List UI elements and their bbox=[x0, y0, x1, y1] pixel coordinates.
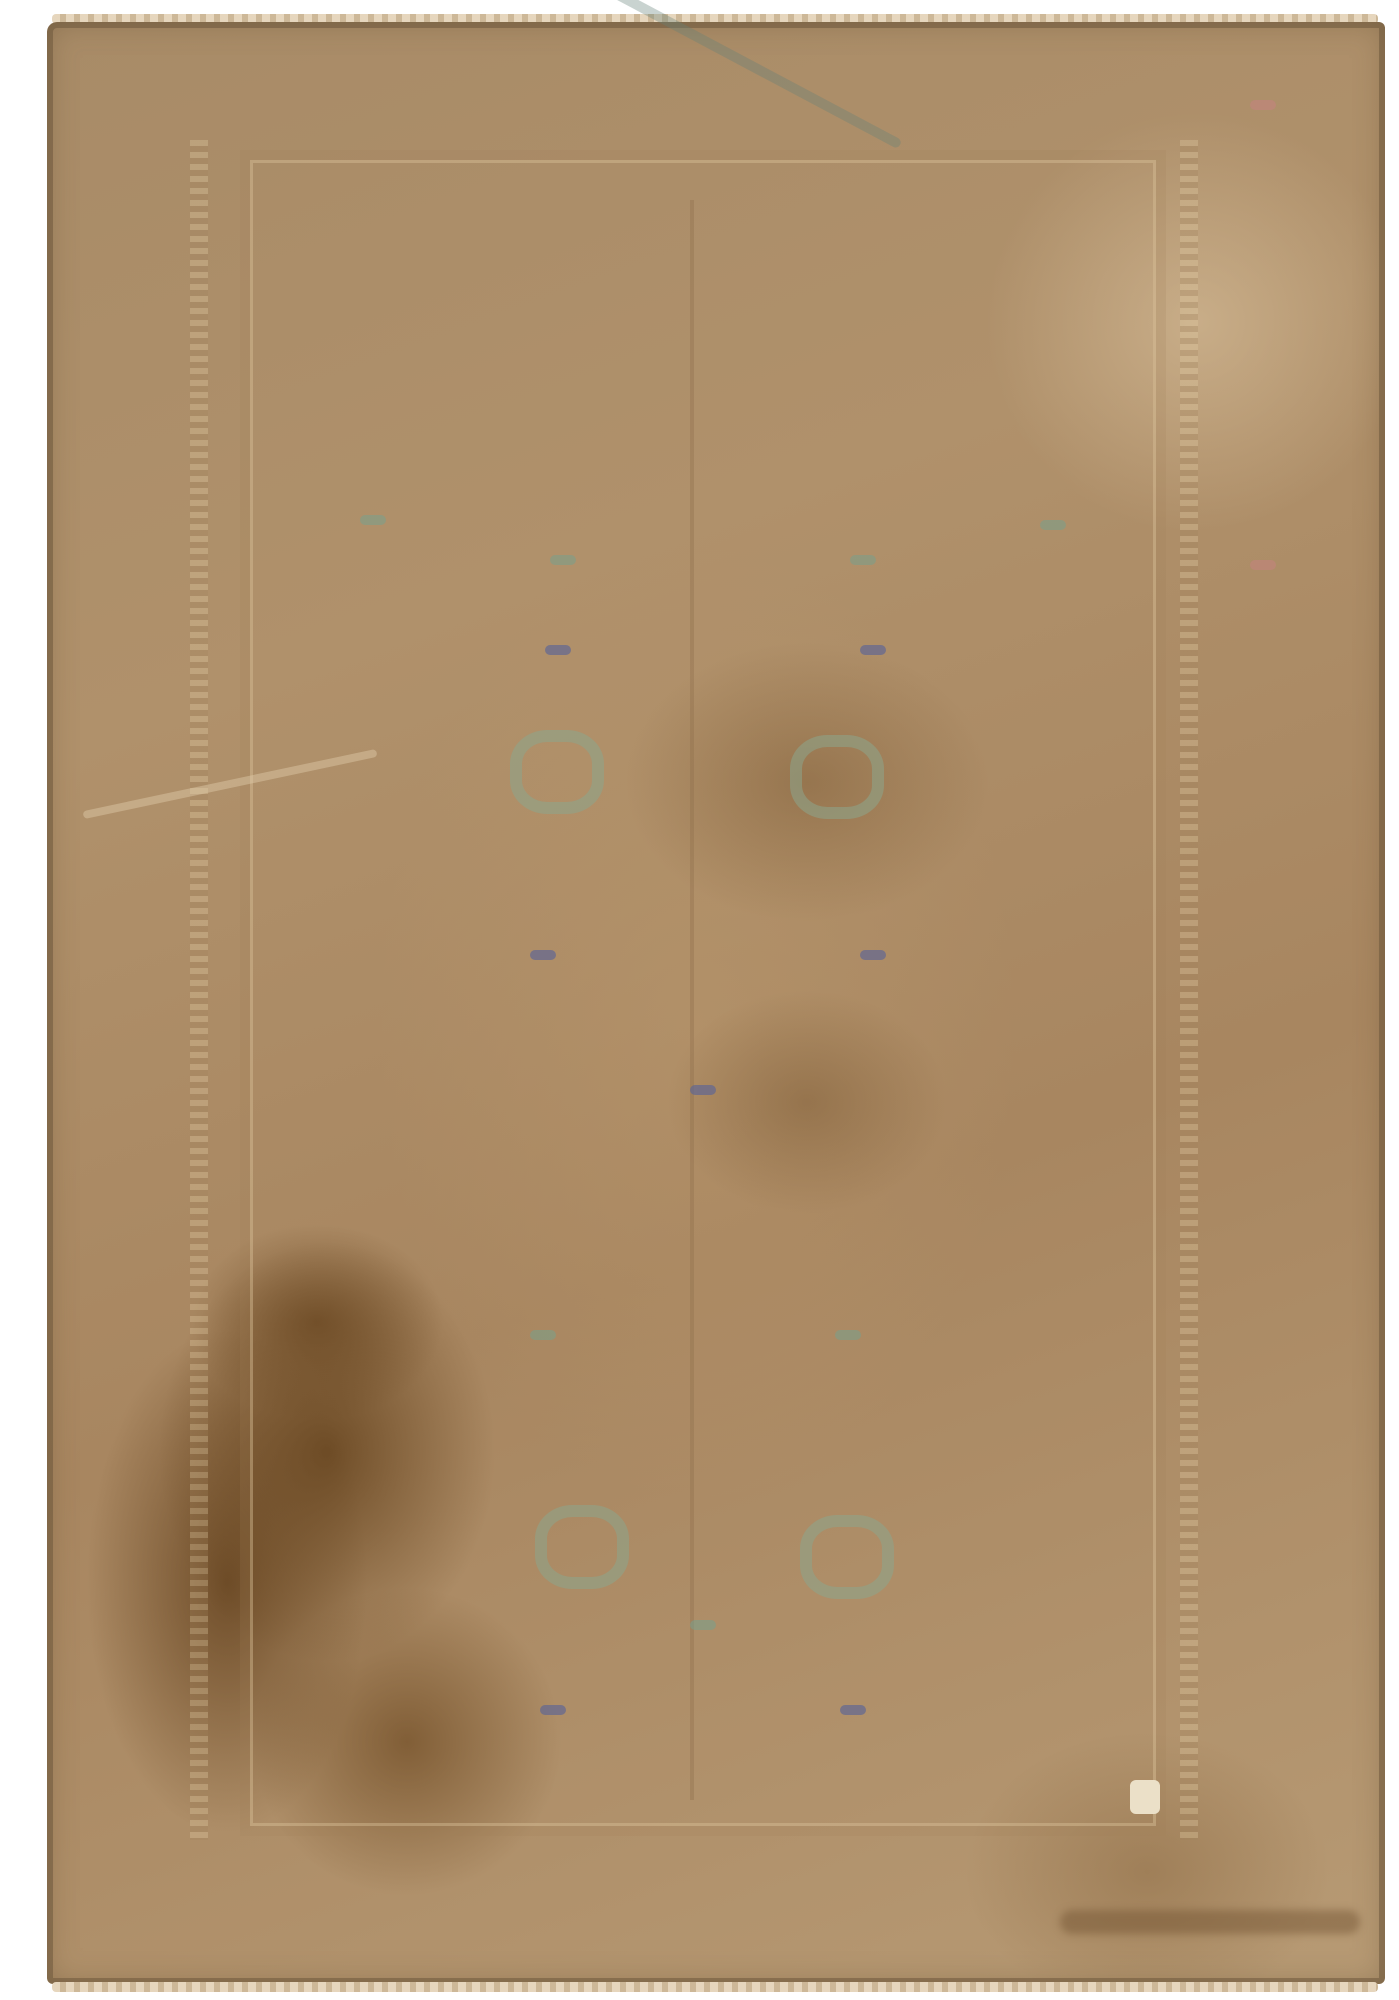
blue-accent-mark bbox=[540, 1705, 566, 1715]
left-border-stripe bbox=[190, 140, 208, 1840]
green-accent-mark bbox=[850, 555, 876, 565]
blue-accent-mark bbox=[840, 1705, 866, 1715]
green-accent-mark bbox=[550, 555, 576, 565]
blue-accent-mark bbox=[545, 645, 571, 655]
rug-fringe-bottom bbox=[52, 1982, 1378, 1992]
faded-pink-mark bbox=[1250, 100, 1276, 110]
green-accent-mark bbox=[1040, 520, 1066, 530]
green-medallion-motif bbox=[535, 1505, 629, 1589]
blue-accent-mark bbox=[860, 950, 886, 960]
faded-pink-mark bbox=[1250, 560, 1276, 570]
green-accent-mark bbox=[360, 515, 386, 525]
blue-accent-mark bbox=[860, 645, 886, 655]
worn-patch bbox=[1130, 1780, 1160, 1814]
green-medallion-motif bbox=[800, 1515, 894, 1599]
green-medallion-motif bbox=[790, 735, 884, 819]
blue-accent-mark bbox=[530, 950, 556, 960]
green-accent-mark bbox=[530, 1330, 556, 1340]
blue-accent-mark bbox=[690, 1085, 716, 1095]
green-accent-mark bbox=[690, 1620, 716, 1630]
bottom-stain bbox=[1060, 1910, 1360, 1934]
right-border-stripe bbox=[1180, 140, 1198, 1840]
green-medallion-motif bbox=[510, 730, 604, 814]
green-accent-mark bbox=[835, 1330, 861, 1340]
inner-field-border bbox=[250, 160, 1156, 1826]
center-wear-line bbox=[690, 200, 694, 1800]
